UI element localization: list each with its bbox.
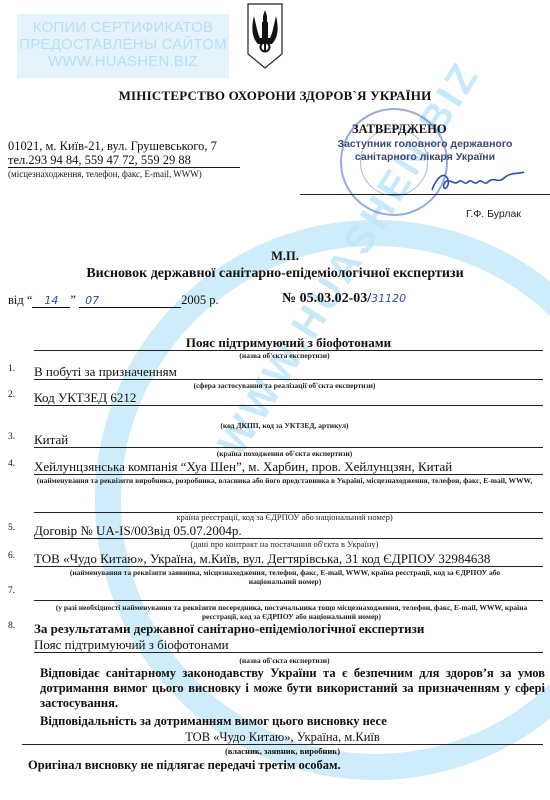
- approver-position: Заступник головного державного санітарно…: [305, 138, 545, 164]
- seal-mark: М.П.: [0, 249, 550, 264]
- signer-name: Г.Ф. Бурлак: [466, 208, 521, 220]
- item-value: Пояс підтримуючий з біофотонами: [34, 637, 543, 653]
- conclusion-text: Відповідає санітарному законодавству Укр…: [40, 666, 545, 711]
- date-day: 14: [32, 294, 70, 308]
- item-caption: (у разі необхідності найменування та рек…: [40, 603, 543, 621]
- item-caption: (найменування та реквізити виробника, ро…: [26, 476, 543, 485]
- signature-line: [300, 194, 550, 195]
- object-caption: (назва об'єкта експертизи): [26, 351, 543, 360]
- document-number: № 05.03.02-03/31120: [282, 291, 406, 307]
- item-value: Китай: [34, 432, 543, 448]
- item-caption: (дані про контракт на постачання об'єкта…: [26, 540, 543, 549]
- address-line: 01021, м. Київ-21, вул. Грушевського, 7: [8, 139, 217, 154]
- item-value: Хейлунцзянська компанія “Хуа Шен”, м. Ха…: [34, 459, 543, 475]
- item-value: [34, 586, 543, 601]
- item-caption: (назва об'єкта експертизи): [26, 656, 543, 665]
- approved-label: ЗАТВЕРДЖЕНО: [352, 122, 447, 137]
- item-value: Код УКТЗЕД 6212: [34, 390, 543, 406]
- item-caption: (сфера застосування та реалізації об'єкт…: [26, 381, 543, 390]
- item-caption: (країна походження об'єкта експертизи): [26, 449, 543, 458]
- watermark-line: КОПИИ СЕРТИФИКАТОВ: [17, 19, 229, 36]
- phone-line: тел.293 94 84, 559 47 72, 559 29 88: [8, 153, 240, 168]
- watermark-line: WWW.HUASHEN.BIZ: [17, 53, 229, 70]
- object-name: Пояс підтримуючий з біофотонами: [34, 335, 543, 351]
- address-caption: (місцезнаходження, телефон, факс, E-mail…: [8, 169, 202, 179]
- item-caption: (найменування та реквізити заявника, міс…: [60, 568, 510, 586]
- responsibility-text: Відповідальність за дотриманням вимог ць…: [40, 714, 545, 729]
- watermark-line: ПРЕДОСТАВЛЕНЫ САЙТОМ: [17, 36, 229, 53]
- item-value: В побуті за призначенням: [34, 364, 543, 380]
- responsible-party: ТОВ «Чудо Китаю», Україна, м.Київ: [22, 730, 543, 745]
- item-caption: країна реєстрації, код за ЄДРПОУ або нац…: [26, 513, 543, 522]
- watermark-box: КОПИИ СЕРТИФИКАТОВ ПРЕДОСТАВЛЕНЫ САЙТОМ …: [17, 14, 229, 78]
- responsible-caption: (власник, заявник, виробник): [22, 746, 543, 756]
- final-note: Оригінал висновку не підлягає передачі т…: [28, 758, 341, 773]
- item-caption: (код ДКПП, код за УКТЗЕД, артикул): [26, 421, 543, 430]
- trident-coat-of-arms-icon: [246, 2, 284, 70]
- item-value: Договір № UA-IS/003від 05.07.2004р.: [34, 523, 543, 539]
- item-value: ТОВ «Чудо Китаю», Україна, м.Київ, вул. …: [34, 551, 543, 567]
- document-date: від “14” 072005 р.: [8, 293, 219, 308]
- date-month: 07: [79, 294, 181, 308]
- ministry-title: МІНІСТЕРСТВО ОХОРОНИ ЗДОРОВ`Я УКРАЇНИ: [0, 88, 550, 104]
- item-8-heading: За результатами державної санітарно-епід…: [34, 621, 424, 637]
- handwritten-number: 31120: [371, 292, 406, 305]
- document-title: Висновок державної санітарно-епідеміолог…: [0, 266, 550, 282]
